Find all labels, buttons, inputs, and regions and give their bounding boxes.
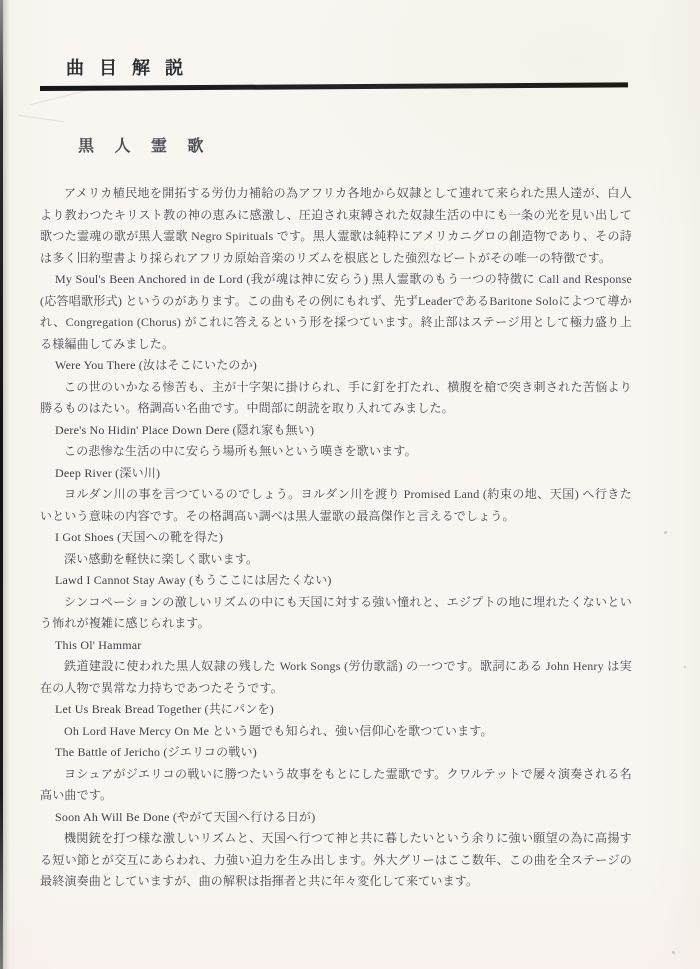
song-title-note: (汝はそこにいたのか) — [136, 358, 257, 372]
song-title-line: The Battle of Jericho (ジエリコの戦い) — [40, 742, 632, 764]
song-description: ヨシュアがジエリコの戦いに勝つたいう故事をもとにした霊歌です。クワルテットで屡々… — [40, 764, 632, 807]
song-title-note: (もうここには居たくない) — [186, 573, 332, 587]
paper-speck — [684, 666, 686, 668]
song-section: Soon Ah Will Be Done (やがて天国へ行ける日が) 機関銃を打… — [40, 807, 632, 893]
song-title: Dere's No Hidin' Place Down Dere — [55, 423, 229, 437]
song-title-line: I Got Shoes (天国への靴を得た) — [40, 527, 632, 549]
song-title-note: (我が魂は神に安らう) — [243, 272, 372, 286]
song-description: 機関銃を打つ様な激しいリズムと、天国へ行つて神と共に暮したいという余りに強い願望… — [40, 828, 632, 893]
song-title: Lawd I Cannot Stay Away — [55, 573, 186, 587]
song-section: This Ol' Hammar 鉄道建設に使われた黒人奴隷の残した Work S… — [40, 635, 632, 700]
song-title-line: Were You There (汝はそこにいたのか) — [40, 355, 632, 377]
song-title: Were You There — [55, 358, 136, 372]
song-title: Let Us Break Bread Together — [55, 702, 201, 716]
scanner-edge-smudge — [3, 0, 10, 969]
page-title: 曲 目 解 説 — [66, 57, 632, 79]
song-title-line: Lawd I Cannot Stay Away (もうここには居たくない) — [40, 570, 632, 592]
song-title: My Soul's Been Anchored in de Lord — [55, 272, 243, 286]
song-title: I Got Shoes — [55, 530, 114, 544]
song-title-note: (深い川) — [112, 466, 160, 480]
song-description: シンコペーションの激しいリズムの中にも天国に対する強い憧れと、エジプトの地に埋れ… — [40, 592, 632, 635]
song-title-note: (ジエリコの戦い) — [160, 745, 257, 759]
song-section: The Battle of Jericho (ジエリコの戦い) ヨシュアがジエリ… — [40, 742, 632, 807]
song-section: Were You There (汝はそこにいたのか) この世のいかなる惨苦も、主… — [40, 355, 632, 420]
song-title-note: (やがて天国へ行ける日が) — [170, 810, 316, 824]
song-section: Dere's No Hidin' Place Down Dere (隠れ家も無い… — [40, 420, 632, 463]
song-title: The Battle of Jericho — [55, 745, 160, 759]
song-section-inline: My Soul's Been Anchored in de Lord (我が魂は… — [40, 269, 632, 355]
song-title: This Ol' Hammar — [55, 638, 141, 652]
header-rule — [40, 82, 628, 91]
section-heading: 黒 人 霊 歌 — [78, 138, 632, 156]
song-section: Lawd I Cannot Stay Away (もうここには居たくない) シン… — [40, 570, 632, 635]
song-section: Let Us Break Bread Together (共にパンを) Oh L… — [40, 699, 632, 742]
song-description: この悲惨な生活の中に安らう場所も無いという嘆きを歌います。 — [40, 441, 632, 463]
song-title-note: (共にパンを) — [201, 702, 274, 716]
song-description: ヨルダン川の事を言つているのでしょう。ヨルダン川を渡り Promised Lan… — [40, 484, 632, 527]
song-title-line: Soon Ah Will Be Done (やがて天国へ行ける日が) — [40, 807, 632, 829]
song-title-line: This Ol' Hammar — [40, 635, 632, 657]
song-description: 鉄道建設に使われた黒人奴隷の残した Work Songs (労仂歌謡) の一つで… — [40, 656, 632, 699]
intro-paragraph: アメリカ植民地を開拓する労仂力補給の為アフリカ各地から奴隷として連れて来られた黒… — [40, 183, 632, 269]
song-section: I Got Shoes (天国への靴を得た) 深い感動を軽快に楽しく歌います。 — [40, 527, 632, 570]
page-header: 曲 目 解 説 — [40, 57, 632, 91]
song-title-line: Dere's No Hidin' Place Down Dere (隠れ家も無い… — [40, 420, 632, 442]
song-description: Oh Lord Have Mercy On Me という題でも知られ、強い信仰心… — [40, 721, 632, 743]
song-title-note: (隠れ家も無い) — [229, 423, 314, 437]
song-title: Soon Ah Will Be Done — [55, 810, 170, 824]
program-notes: アメリカ植民地を開拓する労仂力補給の為アフリカ各地から奴隷として連れて来られた黒… — [40, 183, 632, 893]
paper-speck — [672, 951, 675, 954]
paper-speck — [664, 531, 667, 534]
song-section: Deep River (深い川) ヨルダン川の事を言つているのでしょう。ヨルダン… — [40, 463, 632, 528]
song-title-line: Deep River (深い川) — [40, 463, 632, 485]
song-title-note: (天国への靴を得た) — [114, 530, 223, 544]
page-content: 曲 目 解 説 黒 人 霊 歌 アメリカ植民地を開拓する労仂力補給の為アフリカ各… — [40, 0, 632, 893]
scanned-program-page: 曲 目 解 説 黒 人 霊 歌 アメリカ植民地を開拓する労仂力補給の為アフリカ各… — [0, 0, 700, 969]
song-title: Deep River — [55, 466, 112, 480]
song-description: 深い感動を軽快に楽しく歌います。 — [40, 549, 632, 571]
song-title-line: Let Us Break Bread Together (共にパンを) — [40, 699, 632, 721]
song-description: この世のいかなる惨苦も、主が十字架に掛けられ、手に釘を打たれ、横腹を槍で突き刺さ… — [40, 377, 632, 420]
